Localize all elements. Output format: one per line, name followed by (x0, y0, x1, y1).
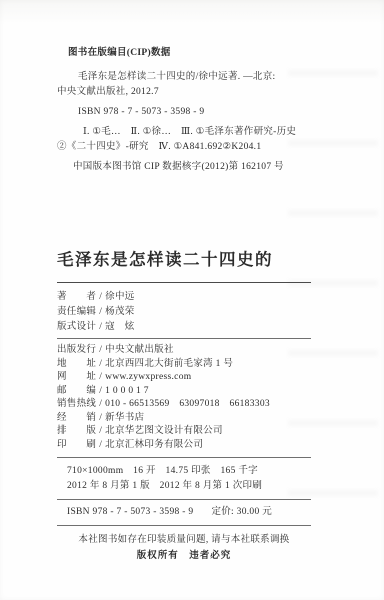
publishing-value: 010 - 66513569 63097018 66183303 (105, 398, 270, 412)
publishing-row-sales-hotline: 销售热线/010 - 66513569 63097018 66183303 (57, 398, 311, 412)
label-separator: / (99, 439, 102, 453)
divider-under-edition (57, 499, 311, 500)
publishing-label: 销售热线 (57, 398, 96, 412)
publishing-label: 邮 编 (57, 385, 96, 399)
divider-under-publishing (57, 457, 311, 458)
cip-entry-line1: 毛泽东是怎样读二十四史的/徐中远著. —北京: (57, 70, 311, 85)
divider-under-title (57, 282, 311, 283)
cip-block: 图书在版编目(CIP)数据 毛泽东是怎样读二十四史的/徐中远著. —北京: 中央… (57, 46, 311, 175)
publishing-row-postcode: 邮 编/1 0 0 0 1 7 (57, 385, 311, 399)
publishing-value: 新华书店 (105, 412, 144, 426)
label-separator: / (99, 371, 102, 385)
publishing-value: 中央文献出版社 (105, 344, 174, 358)
colophon-content: 图书在版编目(CIP)数据 毛泽东是怎样读二十四史的/徐中远著. —北京: 中央… (57, 46, 311, 563)
publishing-row-printer: 印 刷/北京汇林印务有限公司 (57, 439, 311, 453)
publishing-label: 出版发行 (57, 344, 96, 358)
publishing-row-publisher: 出版发行/中央文献出版社 (57, 344, 311, 358)
credit-value: 徐中远 (105, 290, 134, 305)
label-separator: / (99, 425, 102, 439)
cip-classification-line1: Ⅰ. ①毛… Ⅱ. ①徐… Ⅲ. ①毛泽东著作研究-历史 (57, 125, 311, 140)
price-value: 定价: 30.00 元 (211, 507, 272, 517)
book-title: 毛泽东是怎样读二十四史的 (57, 249, 311, 271)
publishing-value: www.zywxpress.com (105, 371, 191, 385)
book-colophon-page: 图书在版编目(CIP)数据 毛泽东是怎样读二十四史的/徐中远著. —北京: 中央… (0, 0, 384, 600)
format-line: 710×1000mm 16 开 14.75 印张 165 千字 (57, 464, 311, 479)
credits-block: 著 者/徐中远 责任编辑/杨茂荣 版式设计/寇 炫 (57, 290, 311, 335)
divider-under-isbn (57, 525, 311, 526)
credit-value: 杨茂荣 (105, 305, 134, 320)
publishing-label: 排 版 (57, 425, 96, 439)
publishing-label: 印 刷 (57, 439, 96, 453)
publishing-value: 北京华艺图文设计有限公司 (105, 425, 223, 439)
credit-row-author: 著 者/徐中远 (57, 290, 311, 305)
label-separator: / (99, 358, 102, 372)
publishing-label: 网 址 (57, 371, 96, 385)
cip-header: 图书在版编目(CIP)数据 (57, 46, 311, 61)
publishing-row-address: 地 址/北京西四北大街前毛家湾 1 号 (57, 358, 311, 372)
publishing-row-website: 网 址/www.zywxpress.com (57, 371, 311, 385)
cip-isbn: ISBN 978 - 7 - 5073 - 3598 - 9 (57, 105, 311, 120)
publishing-value: 1 0 0 0 1 7 (105, 385, 149, 399)
printing-spec-block: 710×1000mm 16 开 14.75 印张 165 千字 2012 年 8… (57, 464, 311, 494)
isbn-price-line: ISBN 978 - 7 - 5073 - 3598 - 9定价: 30.00 … (57, 505, 311, 520)
credit-label: 版式设计 (57, 320, 96, 335)
divider-under-credits (57, 338, 311, 339)
label-separator: / (99, 398, 102, 412)
cip-classification-line2: ②《二十四史》-研究 Ⅳ. ①A841.692②K204.1 (57, 140, 311, 155)
credit-row-designer: 版式设计/寇 炫 (57, 320, 311, 335)
credit-label: 责任编辑 (57, 305, 96, 320)
publishing-label: 地 址 (57, 358, 96, 372)
label-separator: / (99, 412, 102, 426)
copyright-notice: 版权所有 违者必究 (57, 549, 311, 563)
publishing-row-distributor: 经 销/新华书店 (57, 412, 311, 426)
cip-record-number: 中国版本图书馆 CIP 数据核字(2012)第 162107 号 (57, 160, 311, 175)
label-separator: / (99, 290, 102, 305)
cip-entry-line2: 中央文献出版社, 2012.7 (57, 85, 311, 100)
label-separator: / (99, 305, 102, 320)
isbn-number: ISBN 978 - 7 - 5073 - 3598 - 9 (67, 507, 193, 517)
credit-value: 寇 炫 (105, 320, 134, 335)
publishing-value: 北京西四北大街前毛家湾 1 号 (105, 358, 233, 372)
edition-line: 2012 年 8 月第 1 版 2012 年 8 月第 1 次印刷 (57, 479, 311, 494)
publishing-value: 北京汇林印务有限公司 (105, 439, 203, 453)
credit-row-editor: 责任编辑/杨茂荣 (57, 305, 311, 320)
publishing-row-typesetting: 排 版/北京华艺图文设计有限公司 (57, 425, 311, 439)
label-separator: / (99, 320, 102, 335)
quality-notice: 本社图书如存在印装质量问题, 请与本社联系调换 (57, 533, 311, 547)
publishing-label: 经 销 (57, 412, 96, 426)
label-separator: / (99, 344, 102, 358)
label-separator: / (99, 385, 102, 399)
publishing-block: 出版发行/中央文献出版社 地 址/北京西四北大街前毛家湾 1 号 网 址/www… (57, 344, 311, 452)
credit-label: 著 者 (57, 290, 96, 305)
